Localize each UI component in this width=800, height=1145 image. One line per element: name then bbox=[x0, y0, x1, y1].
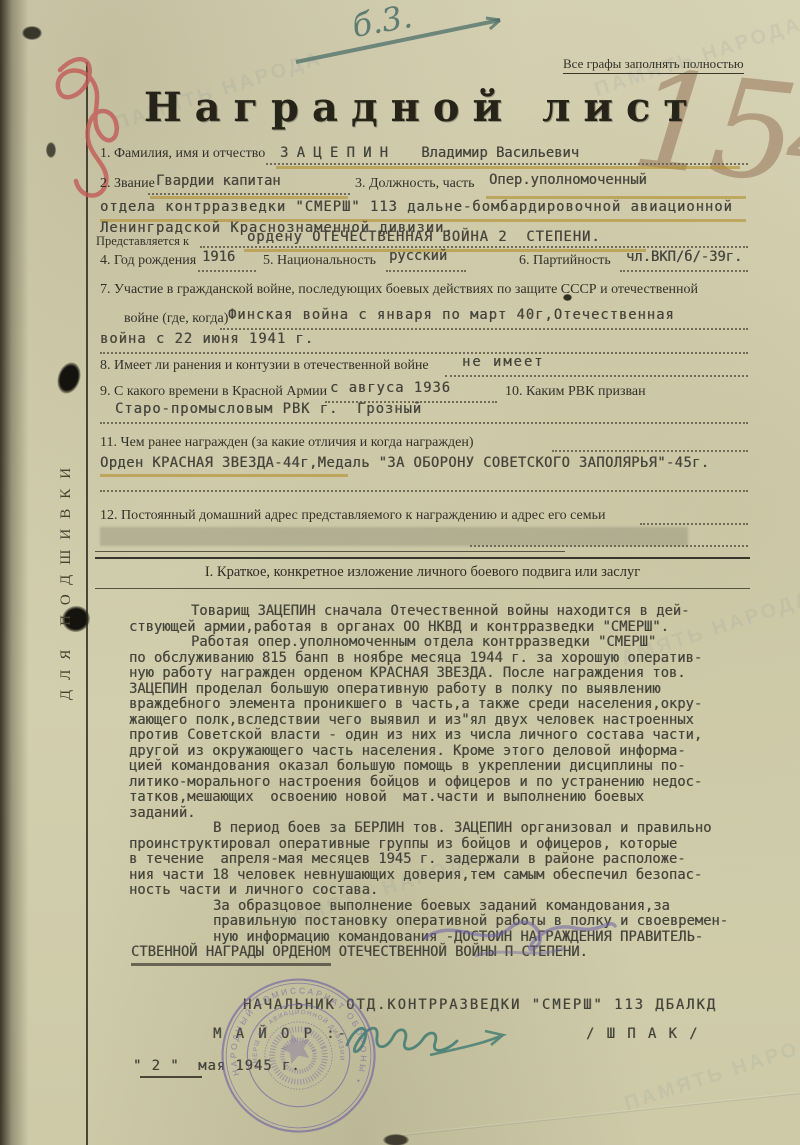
body-line: против Советской власти - один из них из… bbox=[129, 728, 769, 744]
dotted-leader bbox=[552, 450, 748, 452]
dotted-leader bbox=[620, 270, 748, 272]
divider-partial bbox=[95, 551, 565, 552]
field9-value: с авгуса 1936 bbox=[330, 380, 451, 396]
field3-value-line1: Опер.уполномоченный bbox=[489, 172, 647, 188]
body-line: литико-морального настроения бойцов и оф… bbox=[129, 775, 769, 791]
dotted-leader bbox=[220, 328, 748, 330]
dotted-leader bbox=[200, 246, 748, 248]
field2-value: Гвардии капитан bbox=[156, 173, 281, 189]
body-line: в течение апреля-мая месяцев 1945 г. зад… bbox=[129, 852, 769, 868]
document-title: Наградной лист bbox=[95, 84, 750, 131]
signer-name: / Ш П А К / bbox=[586, 1026, 699, 1042]
field9-label: 9. С какого времени в Красной Армии bbox=[100, 384, 327, 400]
paper-crease bbox=[401, 1090, 800, 1136]
field4-label: 4. Год рождения bbox=[100, 253, 196, 269]
edge-tear-spot bbox=[22, 26, 42, 40]
body-line: по обслуживанию 815 банп в ноябре месяца… bbox=[129, 651, 769, 667]
unit-round-stamp: НАРОДНЫЙ КОМИССАРИАТ ОБОРОНЫ • СМЕРШ 113… bbox=[168, 962, 432, 1145]
field10-label: 10. Каким РВК призван bbox=[505, 384, 646, 400]
field7-value-line2: война с 22 июня 1941 г. bbox=[100, 331, 314, 347]
body-line: ность части и личного состава. bbox=[129, 883, 769, 899]
divider-top bbox=[95, 557, 750, 559]
field6-label: 6. Партийность bbox=[519, 253, 611, 269]
body-line: другой из окружающего часть населения. К… bbox=[129, 744, 769, 760]
margin-vertical-caption: ДЛЯ ПОДШИВКИ bbox=[58, 359, 80, 799]
body-line: ния части 18 человек невнушающих доверия… bbox=[129, 868, 769, 884]
body-line: ную работу награжден орденом КРАСНАЯ ЗВЕ… bbox=[129, 666, 769, 682]
field4-value: 1916 bbox=[202, 249, 235, 265]
dotted-leader bbox=[100, 422, 748, 424]
field10-value: Старо-промысловым РВК г. Грозный bbox=[115, 401, 422, 417]
field12-label: 12. Постоянный домашний адрес представля… bbox=[100, 508, 606, 524]
redacted-address-band bbox=[100, 527, 688, 546]
dotted-leader bbox=[386, 270, 466, 272]
dotted-leader bbox=[198, 270, 256, 272]
body-line: заданий. bbox=[129, 806, 769, 822]
section-heading: I. Краткое, конкретное изложение личного… bbox=[95, 564, 750, 581]
dotted-leader bbox=[445, 375, 748, 377]
body-paragraph: В период боев за БЕРЛИН тов. ЗАЦЕПИН орг… bbox=[129, 821, 769, 899]
body-line: враждебного элемента проникшего в часть,… bbox=[129, 697, 769, 713]
purple-pencil-scribble bbox=[415, 898, 625, 968]
margin-rule bbox=[86, 62, 88, 1145]
field1-label: 1. Фамилия, имя и отчество bbox=[100, 146, 265, 162]
entry-underline bbox=[100, 474, 348, 477]
body-paragraph: Работая опер.уполномоченным отдела контр… bbox=[129, 635, 769, 821]
body-line: жающего полк,вследствии чего выявил и из… bbox=[129, 713, 769, 729]
handwritten-arrow-stroke bbox=[290, 8, 520, 68]
body-line: ЗАЦЕПИН проделал большую оперативную раб… bbox=[129, 682, 769, 698]
fill-all-fields-note: Все графы заполнять полностью bbox=[563, 56, 744, 74]
body-paragraph: Товарищ ЗАЦЕПИН сначала Отечественной во… bbox=[129, 604, 769, 635]
body-line: проинструктировал оперативные группы из … bbox=[129, 837, 769, 853]
dotted-leader bbox=[148, 193, 350, 195]
field8-label: 8. Имеет ли ранения и контузии в отечест… bbox=[100, 358, 429, 374]
field11-label: 11. Чем ранее награжден (за какие отличи… bbox=[100, 435, 474, 451]
presented-for-label: Представляется к bbox=[96, 234, 189, 249]
field7-value-line1: Финская война с января по март 40г,Отече… bbox=[228, 307, 675, 323]
page-left-edge bbox=[0, 0, 34, 1145]
dotted-leader bbox=[266, 163, 748, 165]
field1-value: З А Ц Е П И Н Владимир Васильевич bbox=[280, 145, 579, 161]
body-line: В период боев за БЕРЛИН тов. ЗАЦЕПИН орг… bbox=[129, 821, 769, 837]
dotted-leader bbox=[640, 523, 748, 525]
dotted-leader bbox=[100, 490, 748, 492]
body-line: ствующей армии,работая в органах ОО НКВД… bbox=[129, 620, 769, 636]
dotted-leader bbox=[470, 545, 748, 547]
field8-value: не имеет bbox=[462, 354, 544, 370]
field5-value: русский bbox=[389, 248, 447, 264]
field3-label: 3. Должность, часть bbox=[355, 176, 475, 192]
field6-value: чл.ВКП/б/-39г. bbox=[626, 249, 742, 265]
award-sheet-document: ПАМЯТЬ НАРОДА ПАМЯТЬ НАРОДА ПАМЯТЬ НАРОД… bbox=[0, 0, 800, 1145]
body-line: цией командования оказал большую помощь … bbox=[129, 759, 769, 775]
field2-label: 2. Звание bbox=[100, 176, 155, 192]
field5-label: 5. Национальность bbox=[263, 253, 376, 269]
field3-value-line2: отдела контрразведки "СМЕРШ" 113 дальне-… bbox=[100, 199, 733, 215]
presented-for-value: ордену ОТЕЧЕСТВЕННАЯ ВОЙНА 2 СТЕПЕНИ. bbox=[247, 229, 601, 245]
entry-underline bbox=[276, 166, 740, 169]
field7-label-line1: 7. Участие в гражданской войне, последую… bbox=[100, 282, 698, 298]
body-line: Работая опер.уполномоченным отдела контр… bbox=[129, 635, 769, 651]
body-line: татков,мешающих освоению новой мат.части… bbox=[129, 790, 769, 806]
dotted-leader bbox=[100, 352, 748, 354]
field7-label-line2: войне (где, когда) bbox=[124, 311, 228, 327]
field11-value: Орден КРАСНАЯ ЗВЕЗДА-44г,Медаль "ЗА ОБОР… bbox=[100, 455, 709, 471]
body-line: Товарищ ЗАЦЕПИН сначала Отечественной во… bbox=[129, 604, 769, 620]
divider-bottom bbox=[95, 588, 750, 589]
